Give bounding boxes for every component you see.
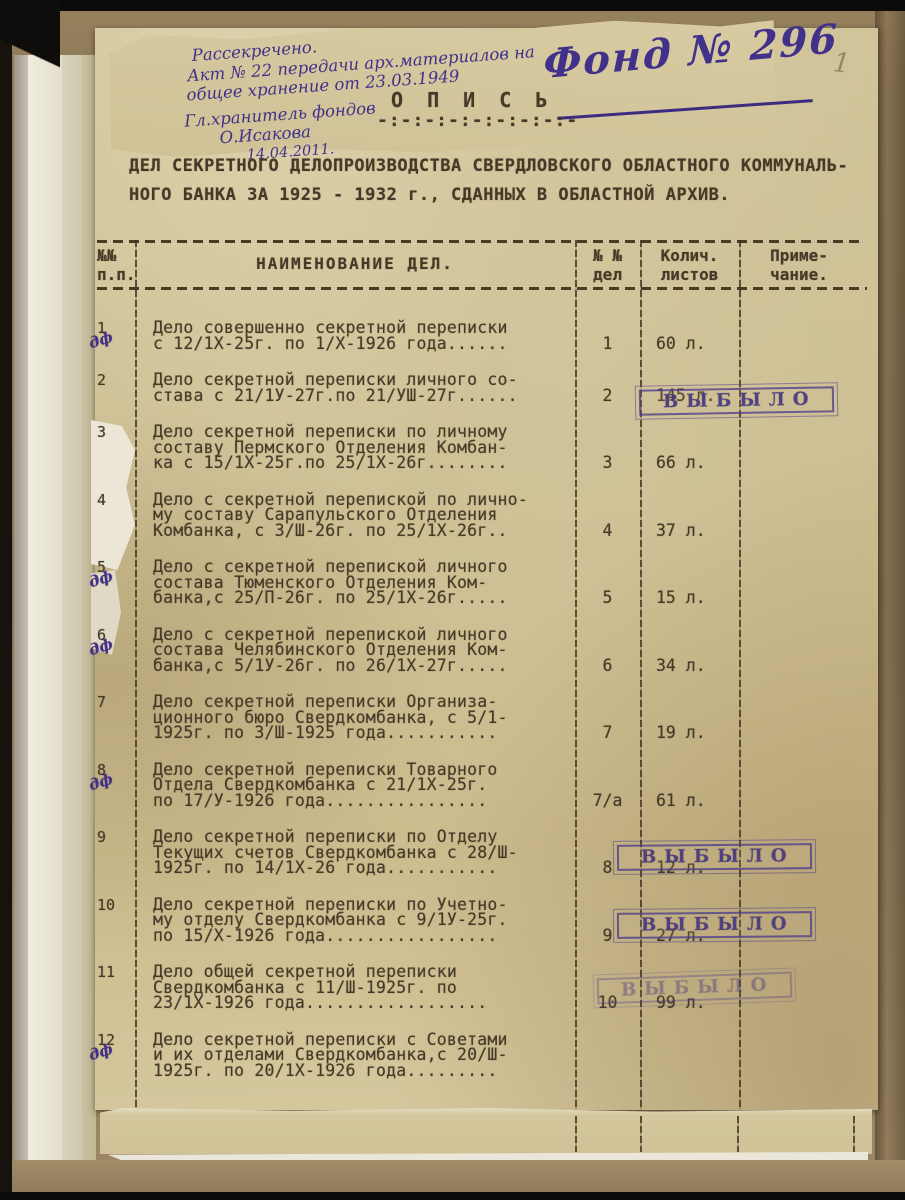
case-number: 5 — [575, 559, 640, 606]
table-row: 7 Дело секретной переписки Организа- цио… — [97, 694, 859, 741]
case-description: Дело с секретной перепиской личного сост… — [135, 559, 575, 606]
row-number: 10 — [97, 897, 135, 944]
case-description: Дело секретной переписки по Учетно- му о… — [135, 897, 575, 944]
book-board-bottom — [12, 1160, 905, 1193]
table-row: дф 12 Дело секретной переписки с Советам… — [97, 1032, 859, 1079]
sheet-count: 19 л. — [640, 694, 739, 741]
table-rows: дф 1 Дело совершенно секретной переписки… — [97, 320, 859, 1099]
table-row: 11 Дело общей секретной переписки Свердк… — [97, 964, 859, 1011]
vybylo-stamp: ВЫБЫЛО — [597, 972, 793, 1004]
table-header-row: №№ п.п. НАИМЕНОВАНИЕ ДЕЛ. № № дел Колич.… — [97, 246, 859, 284]
board-right-shade — [875, 11, 905, 1193]
scan-bottom-edge — [0, 1192, 905, 1200]
case-description: Дело совершенно секретной переписки с 12… — [135, 320, 575, 351]
table-row: дф 6 Дело с секретной перепиской личного… — [97, 627, 859, 674]
case-description: Дело секретной переписки с Советами и их… — [135, 1032, 575, 1079]
page-number-pencil: 1 — [831, 47, 851, 80]
table-row: 4 Дело с секретной перепиской по лично- … — [97, 492, 859, 539]
table-border-top — [97, 240, 859, 243]
header-note: Приме- чание. — [739, 246, 859, 284]
sheet-count: 34 л. — [640, 627, 739, 674]
case-number — [575, 1032, 640, 1079]
table-rule-vertical — [737, 1116, 739, 1152]
heading-dashes: -:-:-:-:-:-:-:-:- — [377, 110, 578, 131]
sheet-count: 15 л. — [640, 559, 739, 606]
archival-scan: Рассекречено. Акт № 22 передачи арх.мате… — [0, 0, 905, 1200]
row-number: 3 — [97, 424, 135, 471]
sheet-count: 61 л. — [640, 762, 739, 809]
row-number: 4 — [97, 492, 135, 539]
case-number: 6 — [575, 627, 640, 674]
page-edges-stack — [14, 55, 28, 1160]
table-row: 9 Дело секретной переписки по Отделу Тек… — [97, 829, 859, 876]
document-page: Рассекречено. Акт № 22 передачи арх.мате… — [95, 28, 878, 1110]
case-description: Дело общей секретной переписки Свердкомб… — [135, 964, 575, 1011]
scan-corner-shadow — [0, 0, 60, 120]
case-description: Дело секретной переписки личного со- ста… — [135, 372, 575, 403]
case-number: 7/а — [575, 762, 640, 809]
vybylo-stamp: ВЫБЫЛО — [639, 386, 835, 415]
table-row: 2 Дело секретной переписки личного со- с… — [97, 372, 859, 403]
header-row-number: №№ п.п. — [97, 246, 135, 284]
case-number: 4 — [575, 492, 640, 539]
vybylo-stamp: ВЫБЫЛО — [617, 911, 813, 938]
header-case-number: № № дел — [575, 246, 640, 284]
row-number: 11 — [97, 964, 135, 1011]
case-description: Дело с секретной перепиской личного сост… — [135, 627, 575, 674]
document-subtitle: ДЕЛ СЕКРЕТНОГО ДЕЛОПРОИЗВОДСТВА СВЕРДЛОВ… — [129, 152, 874, 210]
underlying-page — [100, 1108, 872, 1154]
row-number: 7 — [97, 694, 135, 741]
sheet-count: 37 л. — [640, 492, 739, 539]
case-number: 7 — [575, 694, 640, 741]
case-number: 3 — [575, 424, 640, 471]
vybylo-stamp: ВЫБЫЛО — [617, 843, 813, 870]
table-rule-vertical — [853, 1116, 855, 1152]
table-row: дф 1 Дело совершенно секретной переписки… — [97, 320, 859, 351]
case-description: Дело секретной переписки по Отделу Текущ… — [135, 829, 575, 876]
table-header-border-bottom — [97, 287, 867, 290]
header-sheet-count: Колич. листов — [640, 246, 739, 284]
sheet-count — [640, 1032, 739, 1079]
case-description: Дело секретной переписки Организа- ционн… — [135, 694, 575, 741]
sheet-count: 66 л. — [640, 424, 739, 471]
page-edges-stack — [28, 55, 62, 1160]
case-number: 1 — [575, 320, 640, 351]
sheet-count: 60 л. — [640, 320, 739, 351]
table-row: 10 Дело секретной переписки по Учетно- м… — [97, 897, 859, 944]
table-row: 3 Дело секретной переписки по личному со… — [97, 424, 859, 471]
header-case-name: НАИМЕНОВАНИЕ ДЕЛ. — [135, 246, 575, 284]
page-edges-stack — [62, 55, 82, 1160]
table-rule-vertical — [575, 1116, 577, 1152]
case-description: Дело с секретной перепиской по лично- му… — [135, 492, 575, 539]
table-rule-vertical — [640, 1116, 642, 1152]
row-number: 2 — [97, 372, 135, 403]
table-row: дф 5 Дело с секретной перепиской личного… — [97, 559, 859, 606]
inventory-heading: О П И С Ь — [391, 88, 553, 112]
case-description: Дело секретной переписки по личному сост… — [135, 424, 575, 471]
table-row: дф 8 Дело секретной переписки Товарного … — [97, 762, 859, 809]
case-description: Дело секретной переписки Товарного Отдел… — [135, 762, 575, 809]
row-number: 9 — [97, 829, 135, 876]
case-number: 2 — [575, 372, 640, 403]
